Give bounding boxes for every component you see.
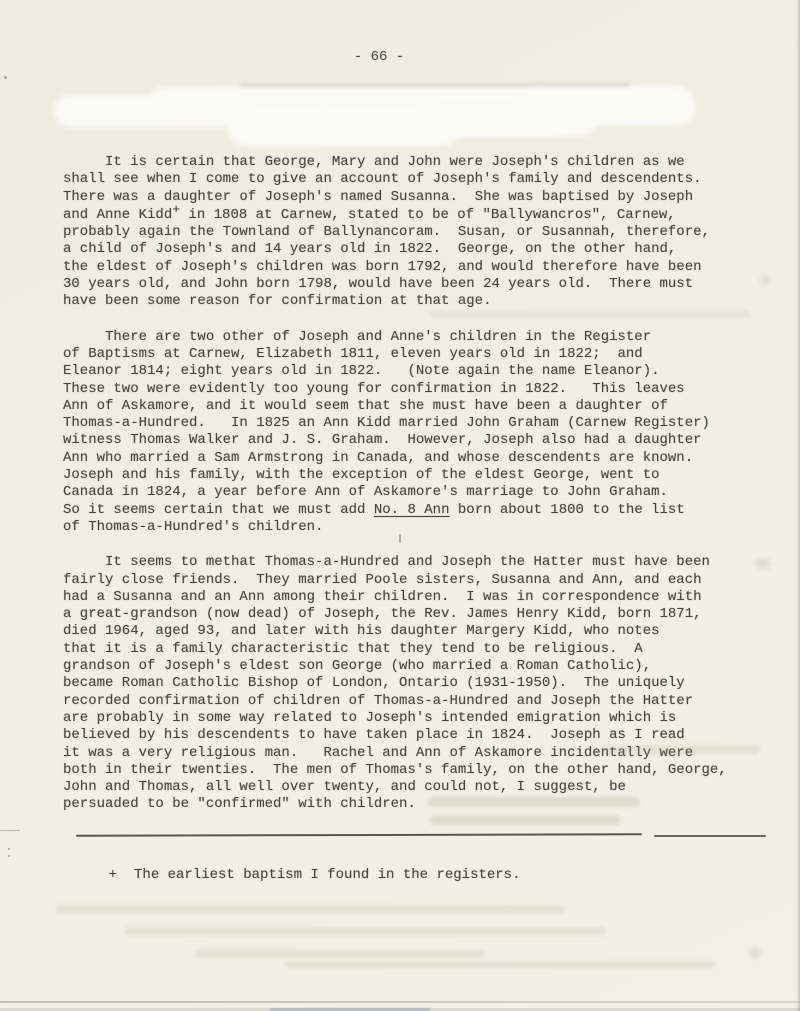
text-segment: born about 1800 to the list [449,502,684,518]
text-line: of Baptisms at Carnew, Elizabeth 1811, e… [63,346,727,363]
text-line: Thomas-a-Hundred. In 1825 an Ann Kidd ma… [63,415,727,432]
bleedthrough-artifact [428,797,640,807]
text-line: It is certain that George, Mary and John… [63,154,727,171]
text-line: the eldest of Joseph's children was born… [63,259,727,276]
text-line: 30 years old, and John born 1798, would … [63,276,727,293]
text-line: had a Susanna and an Ann among their chi… [63,589,727,606]
bleedthrough-artifact [430,815,620,825]
bleedthrough-artifact [195,949,485,958]
ink-speck [4,76,7,79]
text-line: believed by his descendents to have take… [63,727,727,744]
bleedthrough-artifact [285,961,715,968]
bleedthrough-artifact [430,310,750,318]
bleedthrough-artifact [600,745,760,755]
text-line: have been some reason for confirmation a… [63,293,727,310]
paragraph-2: There are two other of Joseph and Anne's… [63,329,727,537]
footnote: +The earliest baptism I found in the reg… [75,851,520,899]
text-line: probably again the Townland of Ballynanc… [63,224,727,241]
text-line: that it is a family characteristic that … [63,641,727,658]
text-line: a child of Joseph's and 14 years old in … [63,241,727,258]
footnote-separator-line-segment [654,835,766,837]
text-line: There was a daughter of Joseph's named S… [63,189,727,206]
text-line: Ann of Askamore, and it would seem that … [63,398,727,415]
paragraph-3: It seems to methat Thomas-a-Hundred and … [63,554,727,813]
footnote-separator-edge-mark [0,830,20,831]
smudge-artifact [760,276,771,284]
paragraph-1: It is certain that George, Mary and John… [63,154,727,311]
text-line: Canada in 1824, a year before Ann of Ask… [63,484,727,501]
smudge-artifact [748,948,762,958]
footnote-separator-line [76,833,642,836]
text-line: Eleanor 1814; eight years old in 1822. (… [63,363,727,380]
text-line: It seems to methat Thomas-a-Hundred and … [63,554,727,571]
text-line: died 1964, aged 93, and later with his d… [63,623,727,640]
text-line: shall see when I come to give an account… [63,171,727,188]
text-segment: So it seems certain that we must add [63,502,374,518]
underlined-text: No. 8 Ann [374,502,450,518]
smudge-artifact [755,558,771,569]
page-edge-shadow [796,0,800,1011]
text-line: recorded confirmation of children of Tho… [63,693,727,710]
footnote-marker: + [109,867,117,883]
text-line: of Thomas-a-Hundred's children. [63,519,727,536]
stray-mark [399,534,401,543]
text-line: Joseph and his family, with the exceptio… [63,467,727,484]
bleedthrough-artifact [55,905,565,914]
text-segment: in 1808 at Carnew, stated to be of "Ball… [180,207,676,223]
bleedthrough-artifact [125,927,605,936]
footnote-text: The earliest baptism I found in the regi… [134,867,520,883]
text-line: fairly close friends. They married Poole… [63,572,727,589]
text-line: There are two other of Joseph and Anne's… [63,329,727,346]
text-line: became Roman Catholic Bishop of London, … [63,675,727,692]
text-segment: and Anne Kidd [63,207,172,223]
text-line: a great-grandson (now dead) of Joseph, t… [63,606,727,623]
text-line: grandson of Joseph's eldest son George (… [63,658,727,675]
text-line: both in their twenties. The men of Thoma… [63,762,727,779]
text-line: witness Thomas Walker and J. S. Graham. … [63,432,727,449]
document-body: It is certain that George, Mary and John… [63,154,727,814]
whiteout-blob [418,106,570,136]
scanned-document-page: - 66 - It is certain that George, Mary a… [0,0,800,1011]
text-line: are probably in some way related to Jose… [63,710,727,727]
ink-speck [8,848,10,850]
page-number: - 66 - [0,49,758,65]
bleedthrough-artifact [240,83,630,87]
superscript-marker: + [172,202,180,217]
text-line: So it seems certain that we must add No.… [63,502,727,519]
text-line: These two were evidently too young for c… [63,381,727,398]
text-line: and Anne Kidd+ in 1808 at Carnew, stated… [63,206,727,224]
ink-speck [8,855,10,857]
text-line: John and Thomas, all well over twenty, a… [63,779,727,796]
text-line: Ann who married a Sam Armstrong in Canad… [63,450,727,467]
scan-artifact-line [0,1001,800,1003]
